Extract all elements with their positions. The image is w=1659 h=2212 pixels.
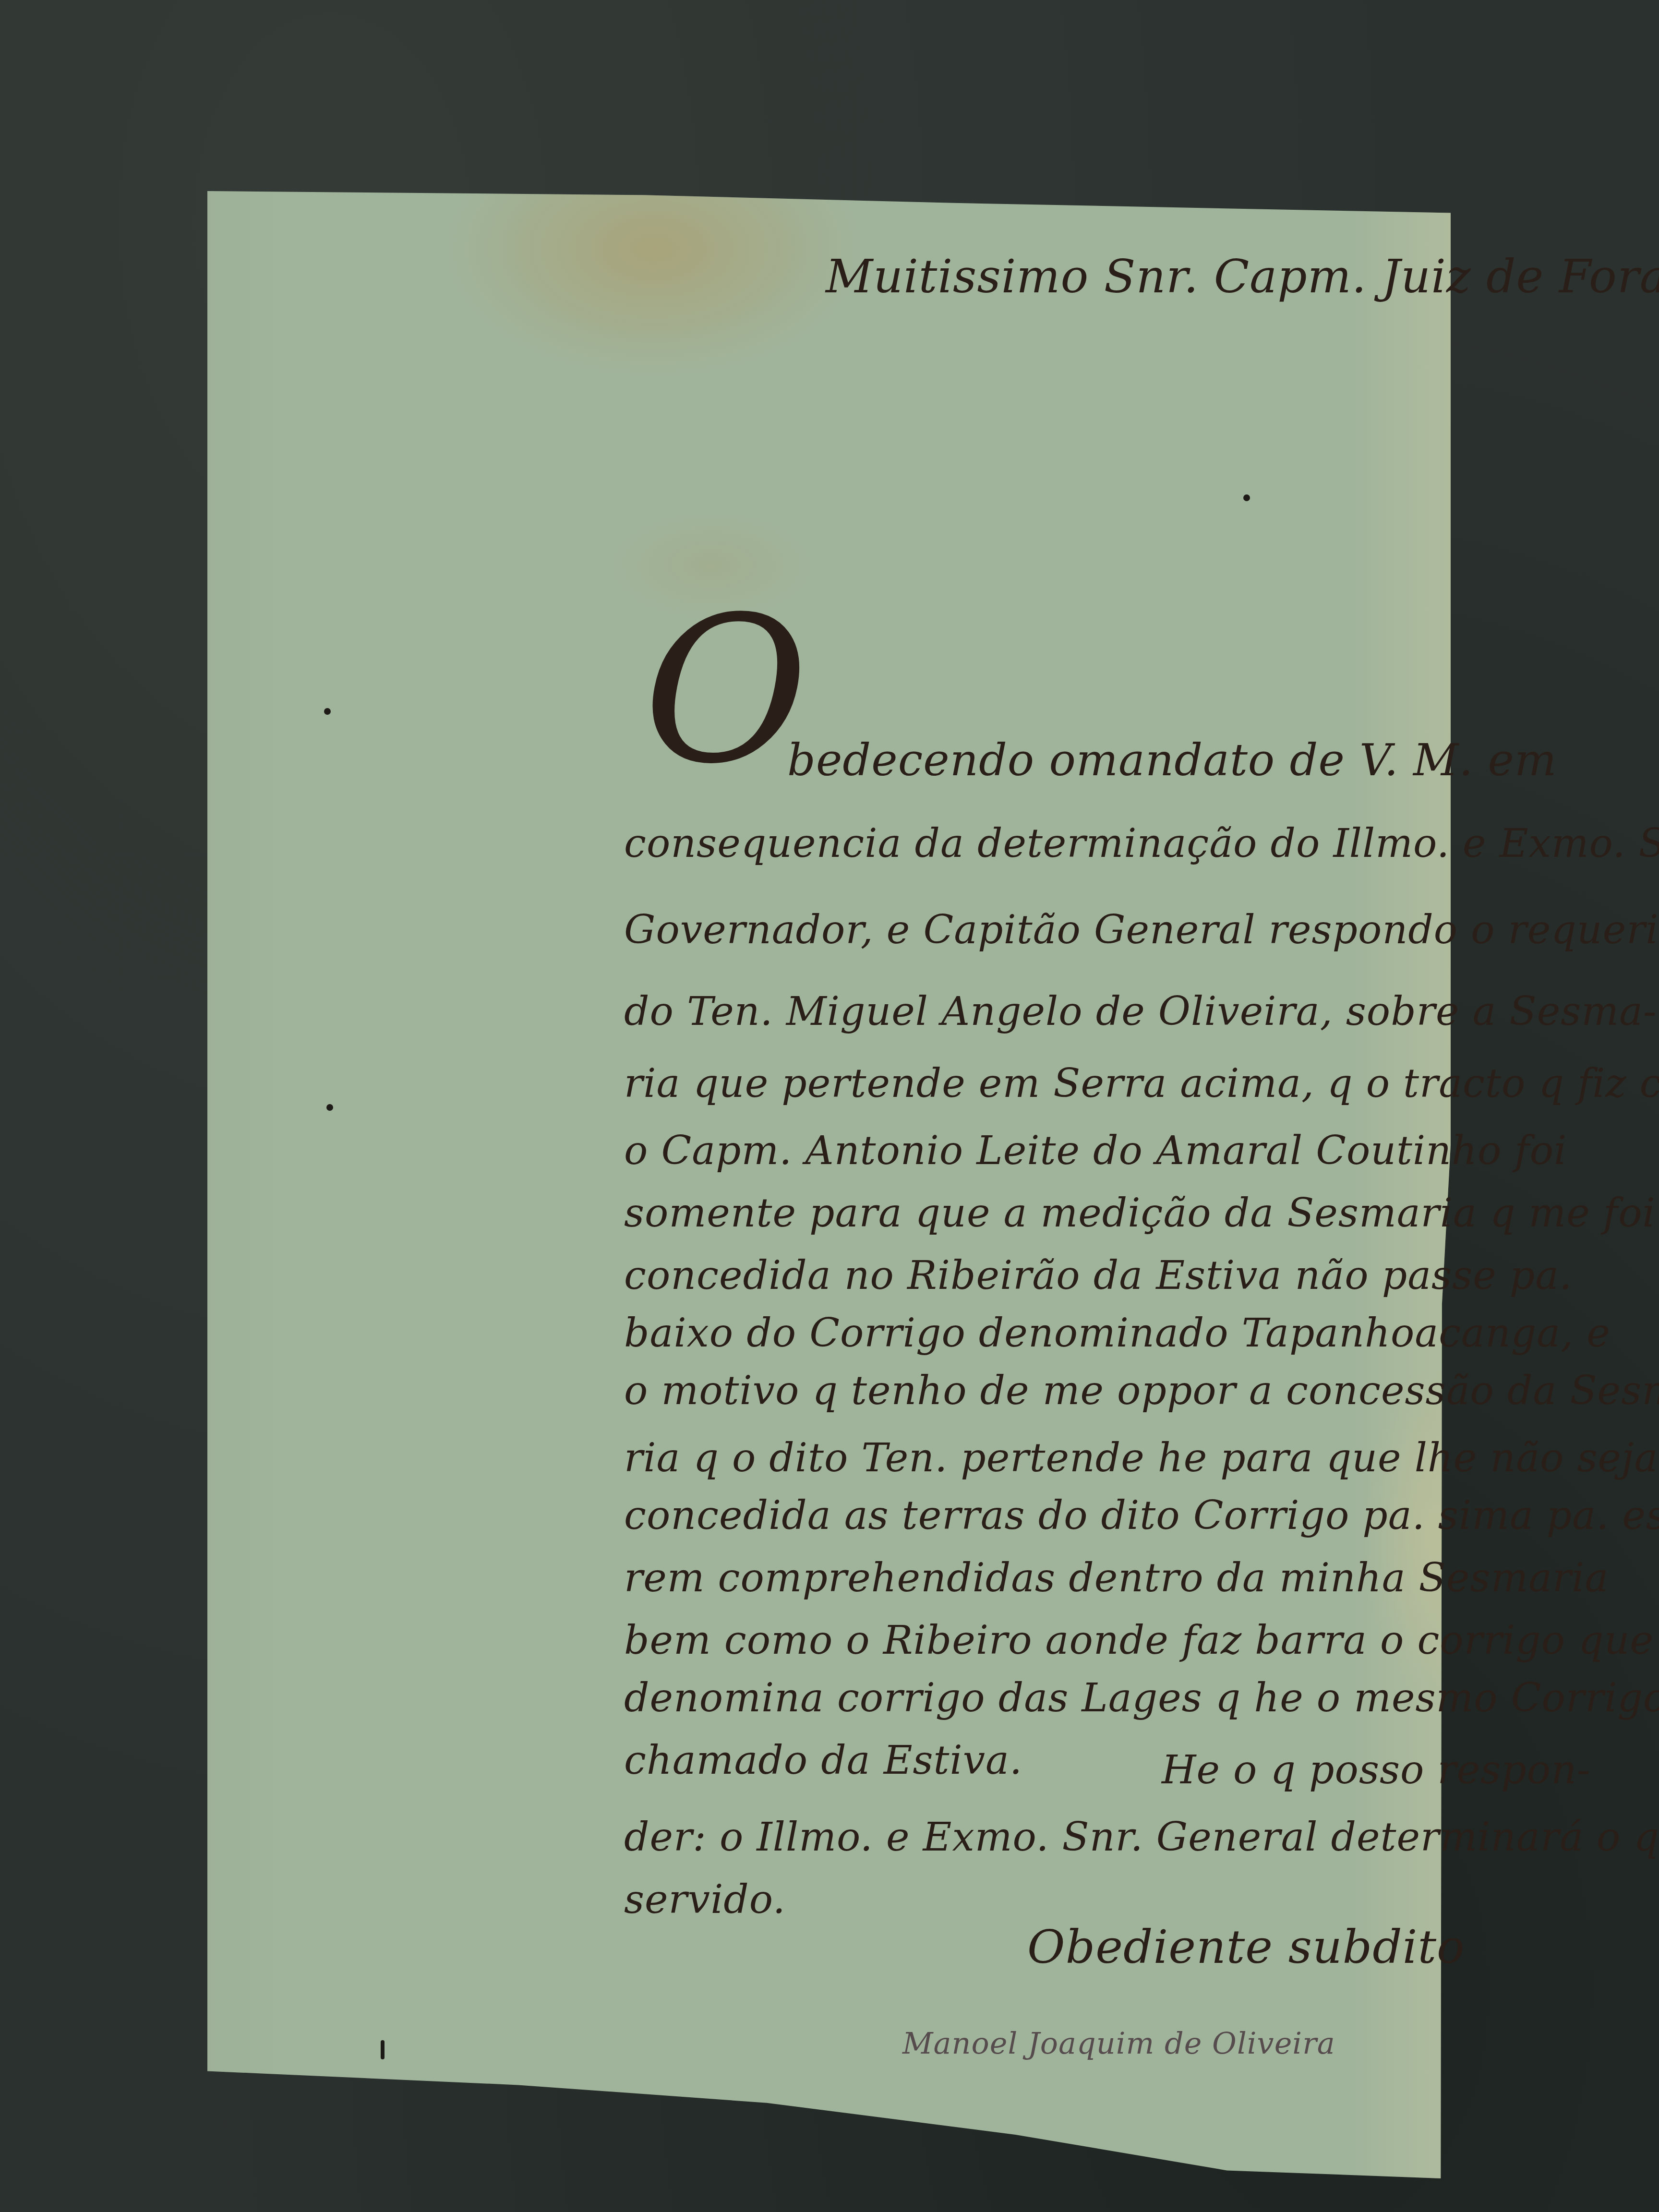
body-line: concedida as terras do dito Corrigo pa. … [624, 1493, 1659, 1539]
body-line: ria que pertende em Serra acima, q o tra… [624, 1061, 1659, 1106]
body-line: rem comprehendidas dentro da minha Sesma… [624, 1555, 1609, 1601]
manuscript-page [207, 191, 1451, 2178]
closing-salutation: Obediente subdito [1027, 1920, 1465, 1974]
closing-line: He o q posso respon- [1162, 1747, 1591, 1793]
ink-spot [326, 1104, 333, 1111]
signature: Manoel Joaquim de Oliveira [902, 2026, 1335, 2061]
body-line: baixo do Corrigo denominado Tapanhoacang… [624, 1310, 1611, 1356]
body-line: ria q o dito Ten. pertende he para que l… [624, 1435, 1658, 1481]
body-line: chamado da Estiva. [624, 1738, 1022, 1783]
body-line: bedecendo omandato de V. M. em [787, 734, 1557, 786]
closing-line: der: o Illmo. e Exmo. Snr. General deter… [624, 1815, 1659, 1860]
salutation: Muitissimo Snr. Capm. Juiz de Fora [826, 250, 1659, 303]
body-line: concedida no Ribeirão da Estiva não pass… [624, 1253, 1572, 1298]
body-line: bem como o Ribeiro aonde faz barra o cor… [624, 1618, 1654, 1663]
ink-spot [1243, 494, 1250, 501]
body-line: somente para que a medição da Sesmaria q… [624, 1190, 1656, 1236]
body-line: consequencia da determinação do Illmo. e… [624, 821, 1659, 866]
body-line: o motivo q tenho de me oppor a concessão… [624, 1368, 1659, 1414]
body-line: denomina corrigo das Lages q he o mesmo … [624, 1675, 1659, 1721]
ink-spot [381, 2040, 385, 2059]
body-line: do Ten. Miguel Angelo de Oliveira, sobre… [624, 989, 1657, 1034]
closing-line: servido. [624, 1877, 786, 1923]
body-line: o Capm. Antonio Leite do Amaral Coutinho… [624, 1128, 1567, 1174]
drop-cap-letter: O [643, 590, 808, 792]
body-line: Governador, e Capitão General respondo o… [624, 907, 1659, 953]
ink-spot [324, 708, 331, 715]
